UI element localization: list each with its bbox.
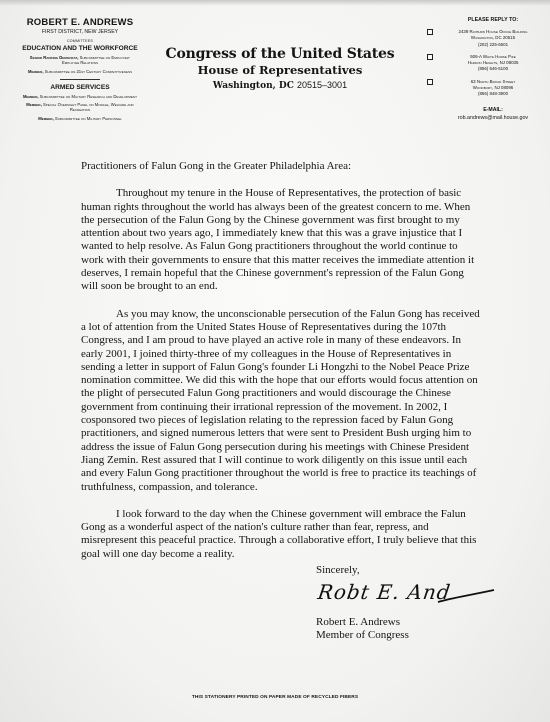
signature-script: Robt E. And xyxy=(316,580,452,604)
signer-title: Member of Congress xyxy=(316,629,409,642)
scan-edge-shadow xyxy=(0,0,550,6)
district: FIRST DISTRICT, NEW JERSEY xyxy=(22,29,138,35)
committee-role: Senior Ranking Democrat, Subcommittee on… xyxy=(22,55,138,66)
house-title: House of Representatives xyxy=(160,63,400,77)
signer-block: Robert E. Andrews Member of Congress xyxy=(316,616,409,643)
office-address: 2439 Rayburn House Office Building Washi… xyxy=(425,29,547,48)
address-line: Washington, DC 20515–3001 xyxy=(160,80,400,91)
closing: Sincerely, xyxy=(316,564,360,577)
email-address: rob.andrews@mail.house.gov xyxy=(439,115,547,121)
letterhead-center: Congress of the United States House of R… xyxy=(160,46,400,91)
paragraph: As you may know, the unconscionable pers… xyxy=(81,308,481,494)
committee-role: Member, Subcommittee on Military Researc… xyxy=(22,94,138,99)
salutation: Practitioners of Falun Gong in the Great… xyxy=(81,160,481,173)
letter-body: Practitioners of Falun Gong in the Great… xyxy=(81,160,481,561)
committee-name: ARMED SERVICES xyxy=(22,84,138,91)
paragraph: Throughout my tenure in the House of Rep… xyxy=(81,187,481,293)
checkbox-icon xyxy=(427,29,433,35)
congress-title: Congress of the United States xyxy=(160,46,400,62)
footer-note: THIS STATIONERY PRINTED ON PAPER MADE OF… xyxy=(0,695,550,700)
committees-label: COMMITTEES xyxy=(22,39,138,43)
representative-name: ROBERT E. ANDREWS xyxy=(22,17,138,28)
checkbox-icon xyxy=(427,54,433,60)
committee-education: EDUCATION AND THE WORKFORCE Senior Ranki… xyxy=(22,45,138,74)
signature-flourish xyxy=(436,586,496,606)
reply-label: PLEASE REPLY TO: xyxy=(439,17,547,23)
committee-armed-services: ARMED SERVICES Member, Subcommittee on M… xyxy=(22,84,138,121)
committee-name: EDUCATION AND THE WORKFORCE xyxy=(22,45,138,52)
office-address: 506-A White Horse Pike Haddon Heights, N… xyxy=(425,54,547,73)
signer-name: Robert E. Andrews xyxy=(316,616,409,629)
city: Washington, DC xyxy=(213,81,294,91)
office-address: 63 North Broad Street Woodbury, NJ 08096… xyxy=(425,79,547,98)
committee-role: Member, Subcommittee on 21st Century Com… xyxy=(22,69,138,74)
signature: Robt E. And xyxy=(318,580,478,616)
committee-role: Member, Special Oversight Panel on Moral… xyxy=(22,102,138,113)
paragraph: I look forward to the day when the Chine… xyxy=(81,508,481,561)
email-label: E-MAIL: xyxy=(439,107,547,113)
letterhead-right-column: PLEASE REPLY TO: 2439 Rayburn House Offi… xyxy=(425,17,547,121)
zip-code: 20515–3001 xyxy=(297,80,347,90)
checkbox-icon xyxy=(427,79,433,85)
letter-page: ROBERT E. ANDREWS FIRST DISTRICT, NEW JE… xyxy=(0,0,550,722)
divider xyxy=(60,79,100,80)
committee-role: Member, Subcommittee on Military Personn… xyxy=(22,116,138,121)
letterhead-left-column: ROBERT E. ANDREWS FIRST DISTRICT, NEW JE… xyxy=(22,17,138,121)
